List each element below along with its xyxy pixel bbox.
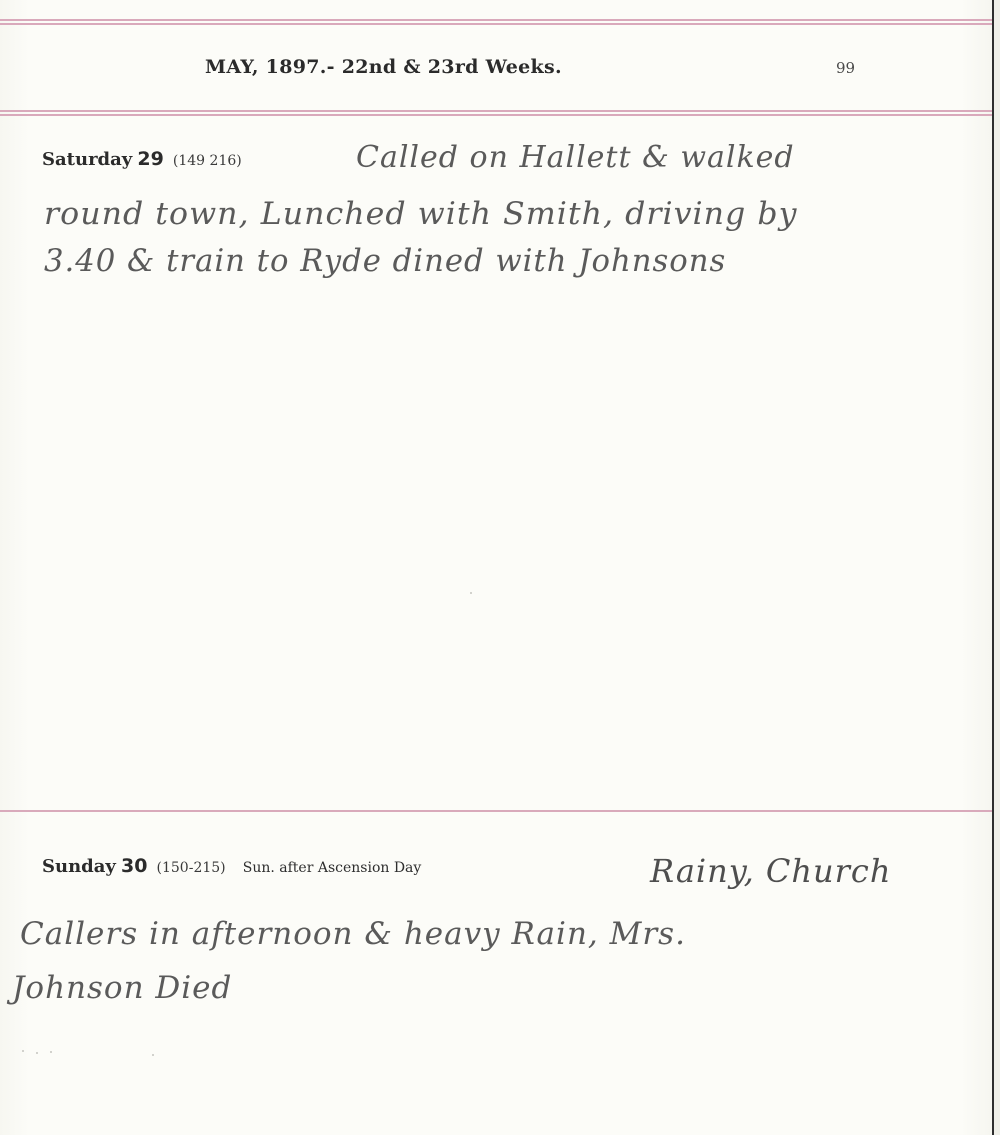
top-double-rule — [0, 19, 992, 25]
handwritten-line: Rainy, Church — [650, 852, 891, 890]
day-number: 29 — [137, 148, 163, 170]
handwritten-line: Called on Hallett & walked — [356, 140, 795, 175]
paper-speck — [22, 1050, 24, 1052]
day-heading: Saturday 29 (149 216) — [42, 148, 242, 170]
page-header: MAY, 1897.- 22nd & 23rd Weeks. 99 — [0, 56, 992, 86]
day-of-year-count: (149 216) — [173, 153, 242, 169]
day-divider-rule — [0, 810, 992, 812]
paper-speck — [36, 1052, 38, 1054]
handwritten-line: 3.40 & train to Ryde dined with Johnsons — [44, 243, 726, 279]
header-bottom-double-rule — [0, 110, 992, 116]
handwritten-line: Johnson Died — [12, 970, 232, 1006]
handwritten-line: Callers in afternoon & heavy Rain, Mrs. — [20, 916, 686, 952]
feast-day-label: Sun. after Ascension Day — [243, 860, 422, 876]
paper-speck — [152, 1054, 154, 1056]
day-name: Sunday — [42, 856, 116, 877]
adjacent-page-margin — [994, 0, 1000, 1135]
day-of-year-count: (150-215) — [157, 860, 226, 876]
page-number: 99 — [836, 59, 855, 77]
day-number: 30 — [121, 855, 147, 877]
handwritten-line: round town, Lunched with Smith, driving … — [44, 196, 798, 232]
diary-page: MAY, 1897.- 22nd & 23rd Weeks. 99 Saturd… — [0, 0, 1000, 1135]
day-heading: Sunday 30 (150-215) Sun. after Ascension… — [42, 855, 421, 877]
paper-speck — [50, 1051, 52, 1053]
day-name: Saturday — [42, 149, 132, 170]
paper-speck — [470, 592, 472, 594]
page-title: MAY, 1897.- 22nd & 23rd Weeks. — [205, 56, 562, 78]
